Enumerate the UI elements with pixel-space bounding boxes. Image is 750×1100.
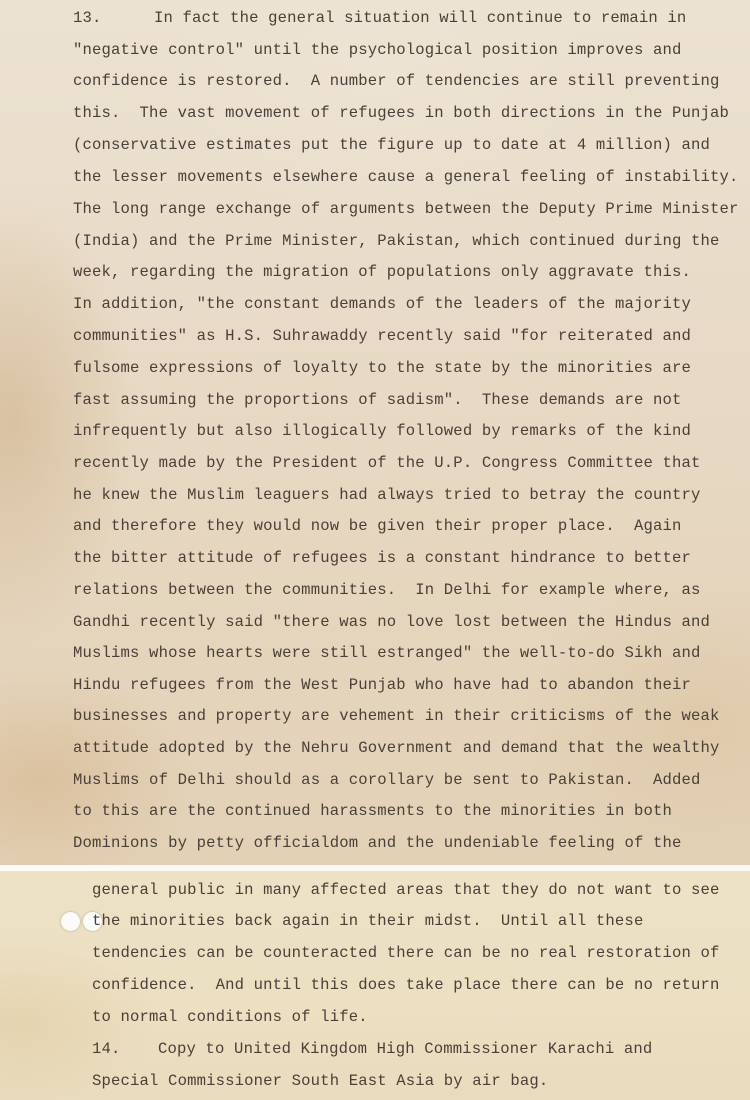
text-line: recently made by the President of the U.…: [73, 453, 701, 473]
text-line: the lesser movements elsewhere cause a g…: [73, 167, 739, 187]
text-line: confidence. And until this does take pla…: [92, 975, 720, 995]
text-line: relations between the communities. In De…: [73, 580, 701, 600]
text-line: In addition, "the constant demands of th…: [73, 294, 691, 314]
paragraph-number-14: 14.: [92, 1039, 158, 1059]
text-line: Hindu refugees from the West Punjab who …: [73, 675, 691, 695]
punch-hole-left: [61, 912, 80, 931]
text-line: infrequently but also illogically follow…: [73, 421, 691, 441]
text-line: "negative control" until the psychologic…: [73, 40, 682, 60]
text-line: 14.Copy to United Kingdom High Commissio…: [92, 1039, 652, 1059]
text-line: confidence is restored. A number of tend…: [73, 71, 720, 91]
text-line: Dominions by petty officialdom and the u…: [73, 833, 682, 853]
text-line: to this are the continued harassments to…: [73, 801, 672, 821]
text-line: Muslims whose hearts were still estrange…: [73, 643, 701, 663]
text-line: and therefore they would now be given th…: [73, 516, 682, 536]
text-line: (conservative estimates put the figure u…: [73, 135, 710, 155]
text-line: tendencies can be counteracted there can…: [92, 943, 720, 963]
text-line: businesses and property are vehement in …: [73, 706, 720, 726]
text-line: to normal conditions of life.: [92, 1007, 368, 1027]
text-line: Gandhi recently said "there was no love …: [73, 612, 710, 632]
text-line: 13.In fact the general situation will co…: [73, 8, 686, 28]
document-page-top: 13.In fact the general situation will co…: [0, 0, 750, 865]
text-line: The long range exchange of arguments bet…: [73, 199, 739, 219]
text-line: the minorities back again in their midst…: [92, 911, 643, 931]
text-line: Muslims of Delhi should as a corollary b…: [73, 770, 701, 790]
text-line: communities" as H.S. Suhrawaddy recently…: [73, 326, 691, 346]
paragraph-13-line-1: In fact the general situation will conti…: [154, 9, 686, 27]
paragraph-number-13: 13.: [73, 8, 154, 28]
text-line: attitude adopted by the Nehru Government…: [73, 738, 720, 758]
paragraph-14-line-1: Copy to United Kingdom High Commissioner…: [158, 1040, 652, 1058]
text-line: this. The vast movement of refugees in b…: [73, 103, 729, 123]
text-line: he knew the Muslim leaguers had always t…: [73, 485, 701, 505]
text-line: fulsome expressions of loyalty to the st…: [73, 358, 691, 378]
text-line: week, regarding the migration of populat…: [73, 262, 691, 282]
text-line: Special Commissioner South East Asia by …: [92, 1071, 548, 1091]
text-line: (India) and the Prime Minister, Pakistan…: [73, 231, 720, 251]
document-page-bottom: general public in many affected areas th…: [0, 871, 750, 1100]
text-line: general public in many affected areas th…: [92, 880, 720, 900]
text-line: fast assuming the proportions of sadism"…: [73, 390, 682, 410]
text-line: the bitter attitude of refugees is a con…: [73, 548, 691, 568]
